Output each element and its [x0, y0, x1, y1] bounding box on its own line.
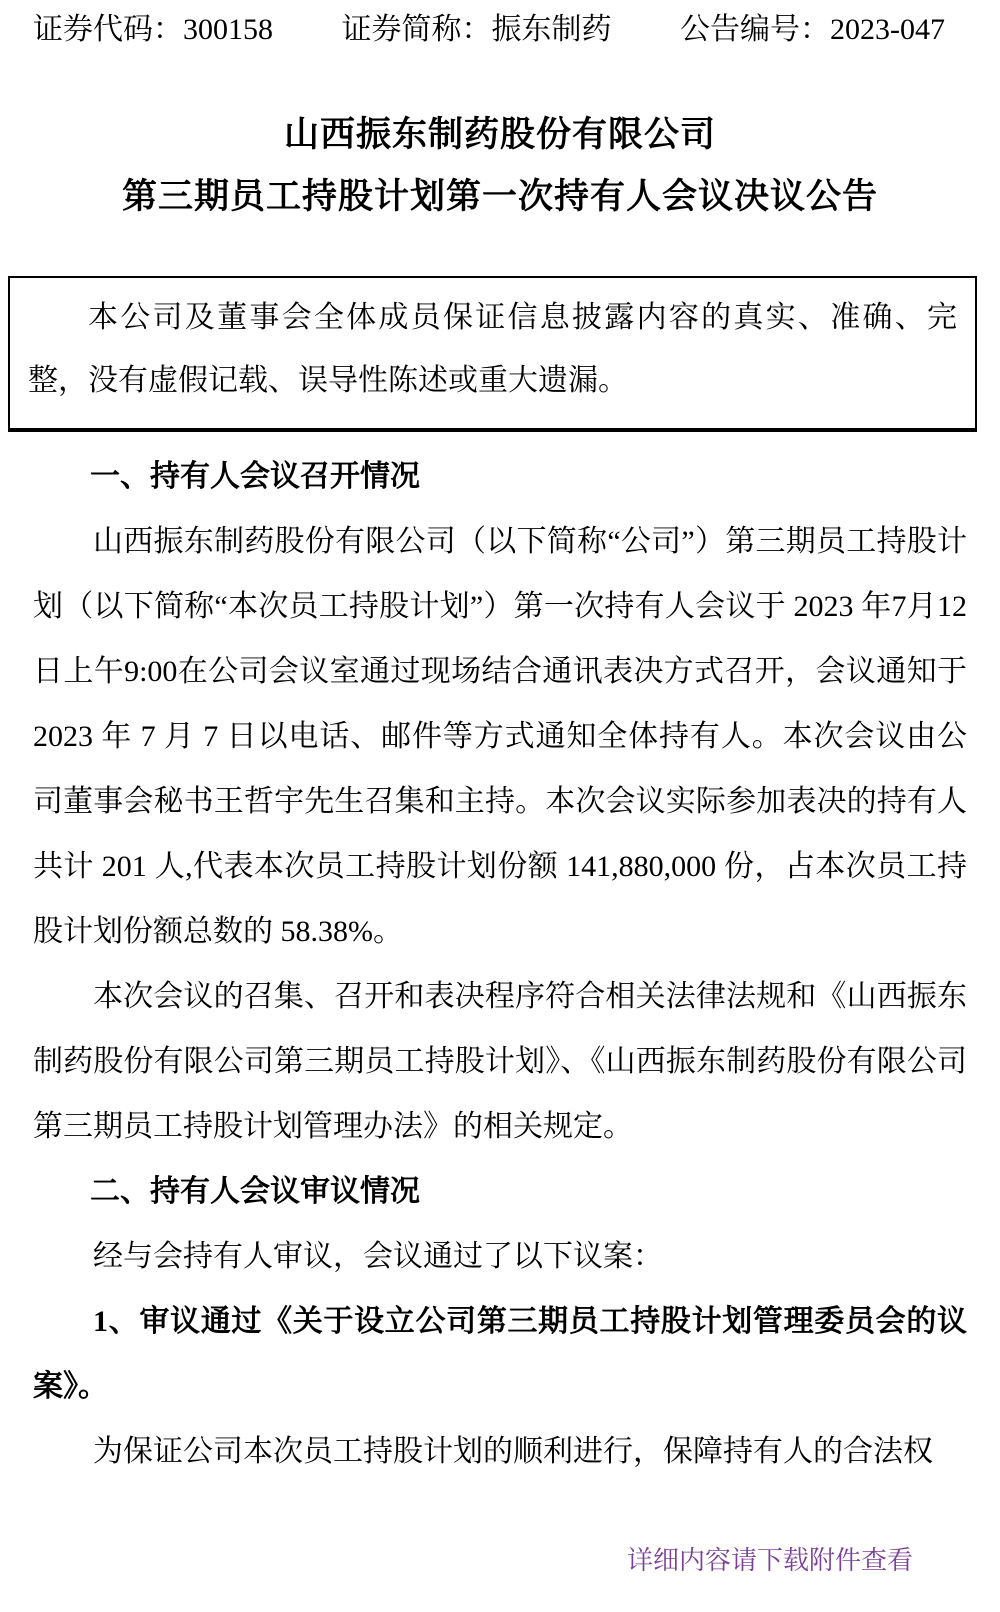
paragraph-meeting-convening: 山西振东制药股份有限公司（以下简称“公司”）第三期员工持股计划（以下简称“本次员… [33, 509, 967, 964]
paragraph-resolution-item-1: 1、审议通过《关于设立公司第三期员工持股计划管理委员会的议案》。 [33, 1289, 967, 1419]
disclaimer-box: 本公司及董事会全体成员保证信息披露内容的真实、准确、完整，没有虚假记载、误导性陈… [8, 276, 977, 432]
disclaimer-text: 本公司及董事会全体成员保证信息披露内容的真实、准确、完整，没有虚假记载、误导性陈… [28, 286, 957, 412]
document-title: 山西振东制药股份有限公司 第三期员工持股计划第一次持有人会议决议公告 [33, 104, 967, 228]
document-body: 一、持有人会议召开情况 山西振东制药股份有限公司（以下简称“公司”）第三期员工持… [33, 444, 967, 1484]
paragraph-resolutions-intro: 经与会持有人审议，会议通过了以下议案： [33, 1224, 967, 1289]
paragraph-committee-purpose: 为保证公司本次员工持股计划的顺利进行，保障持有人的合法权 [33, 1419, 967, 1484]
company-name-title-line: 山西振东制药股份有限公司 [33, 104, 967, 166]
document-header: 证券代码：300158 证券简称：振东制药 公告编号：2023-047 [33, 12, 967, 48]
section-heading-1: 一、持有人会议召开情况 [33, 444, 967, 509]
document-page: 证券代码：300158 证券简称：振东制药 公告编号：2023-047 山西振东… [0, 0, 1000, 1612]
stock-abbr: 证券简称：振东制药 [342, 12, 612, 48]
download-attachment-link[interactable]: 详细内容请下载附件查看 [627, 1545, 913, 1575]
footer: 详细内容请下载附件查看 [33, 1542, 967, 1578]
paragraph-procedure-compliance: 本次会议的召集、召开和表决程序符合相关法律法规和《山西振东制药股份有限公司第三期… [33, 964, 967, 1159]
announcement-title-line: 第三期员工持股计划第一次持有人会议决议公告 [33, 166, 967, 228]
section-heading-2: 二、持有人会议审议情况 [33, 1159, 967, 1224]
announcement-number: 公告编号：2023-047 [680, 12, 945, 48]
stock-code: 证券代码：300158 [33, 12, 273, 48]
